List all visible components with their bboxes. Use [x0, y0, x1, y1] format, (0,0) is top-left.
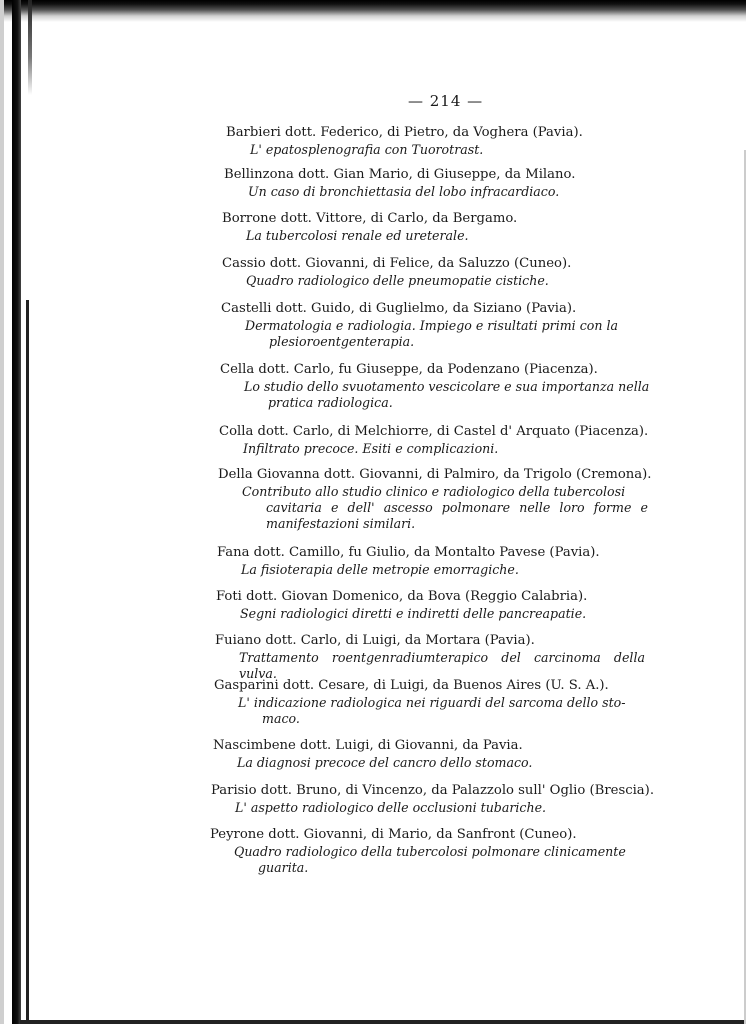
entry: Cassio dott. Giovanni, di Felice, da Sal… [222, 255, 652, 289]
entry-author: Peyrone dott. Giovanni, di Mario, da San… [210, 826, 640, 844]
entry-title: L' epatosplenografia con Tuorotrast. [226, 142, 656, 158]
scan-binding-shadow-secondary [28, 0, 32, 95]
entry-title: Infiltrato precoce. Esiti e complicazion… [219, 441, 649, 457]
entry: Nascimbene dott. Luigi, di Giovanni, da … [213, 737, 643, 771]
entry-title: Lo studio dello svuotamento vescicolare … [220, 379, 650, 411]
entry: Foti dott. Giovan Domenico, da Bova (Reg… [216, 588, 646, 622]
entry: Borrone dott. Vittore, di Carlo, da Berg… [222, 210, 652, 244]
entry-title: Contributo allo studio clinico e radiolo… [218, 484, 648, 532]
entry-author: Della Giovanna dott. Giovanni, di Palmir… [218, 466, 648, 484]
entry-title: Quadro radiologico delle pneumopatie cis… [222, 273, 652, 289]
entry-title: La fisioterapia delle metropie emorragic… [217, 562, 647, 578]
entry: Parisio dott. Bruno, di Vincenzo, da Pal… [211, 782, 641, 816]
entry-title: L' aspetto radiologico delle occlusioni … [211, 800, 641, 816]
entry-author: Parisio dott. Bruno, di Vincenzo, da Pal… [211, 782, 641, 800]
entry: Bellinzona dott. Gian Mario, di Giuseppe… [224, 166, 654, 200]
entry-author: Barbieri dott. Federico, di Pietro, da V… [226, 124, 656, 142]
entry-author: Colla dott. Carlo, di Melchiorre, di Cas… [219, 423, 649, 441]
entry: Della Giovanna dott. Giovanni, di Palmir… [218, 466, 648, 532]
entry-author: Fana dott. Camillo, fu Giulio, da Montal… [217, 544, 647, 562]
scan-page-edge-line [26, 300, 29, 1020]
entry: Gasparini dott. Cesare, di Luigi, da Bue… [214, 677, 644, 727]
entry-author: Castelli dott. Guido, di Guglielmo, da S… [221, 300, 651, 318]
entry-title: Quadro radiologico della tubercolosi pol… [210, 844, 640, 876]
entry-title: Un caso di bronchiettasia del lobo infra… [224, 184, 654, 200]
entry: Castelli dott. Guido, di Guglielmo, da S… [221, 300, 651, 350]
entry-author: Foti dott. Giovan Domenico, da Bova (Reg… [216, 588, 646, 606]
entry-author: Borrone dott. Vittore, di Carlo, da Berg… [222, 210, 652, 228]
entry: Cella dott. Carlo, fu Giuseppe, da Poden… [220, 361, 650, 411]
entry: Fana dott. Camillo, fu Giulio, da Montal… [217, 544, 647, 578]
entry: Fuiano dott. Carlo, di Luigi, da Mortara… [215, 632, 645, 682]
entry: Barbieri dott. Federico, di Pietro, da V… [226, 124, 656, 158]
entry-title: Segni radiologici diretti e indiretti de… [216, 606, 646, 622]
entry-title: La diagnosi precoce del cancro dello sto… [213, 755, 643, 771]
entry-author: Cassio dott. Giovanni, di Felice, da Sal… [222, 255, 652, 273]
entry-title: La tubercolosi renale ed ureterale. [222, 228, 652, 244]
page-number: — 214 — [408, 92, 483, 110]
scan-left-margin [0, 0, 4, 1024]
scan-top-edge [0, 0, 746, 22]
entry-author: Gasparini dott. Cesare, di Luigi, da Bue… [214, 677, 644, 695]
entry-author: Cella dott. Carlo, fu Giuseppe, da Poden… [220, 361, 650, 379]
scan-binding-shadow [12, 0, 21, 1024]
entry-title: L' indicazione radiologica nei riguardi … [214, 695, 644, 727]
entry-author: Bellinzona dott. Gian Mario, di Giuseppe… [224, 166, 654, 184]
entry: Peyrone dott. Giovanni, di Mario, da San… [210, 826, 640, 876]
entry: Colla dott. Carlo, di Melchiorre, di Cas… [219, 423, 649, 457]
entry-author: Fuiano dott. Carlo, di Luigi, da Mortara… [215, 632, 645, 650]
entry-author: Nascimbene dott. Luigi, di Giovanni, da … [213, 737, 643, 755]
entry-title: Dermatologia e radiologia. Impiego e ris… [221, 318, 651, 350]
scan-bottom-edge [20, 1020, 746, 1024]
